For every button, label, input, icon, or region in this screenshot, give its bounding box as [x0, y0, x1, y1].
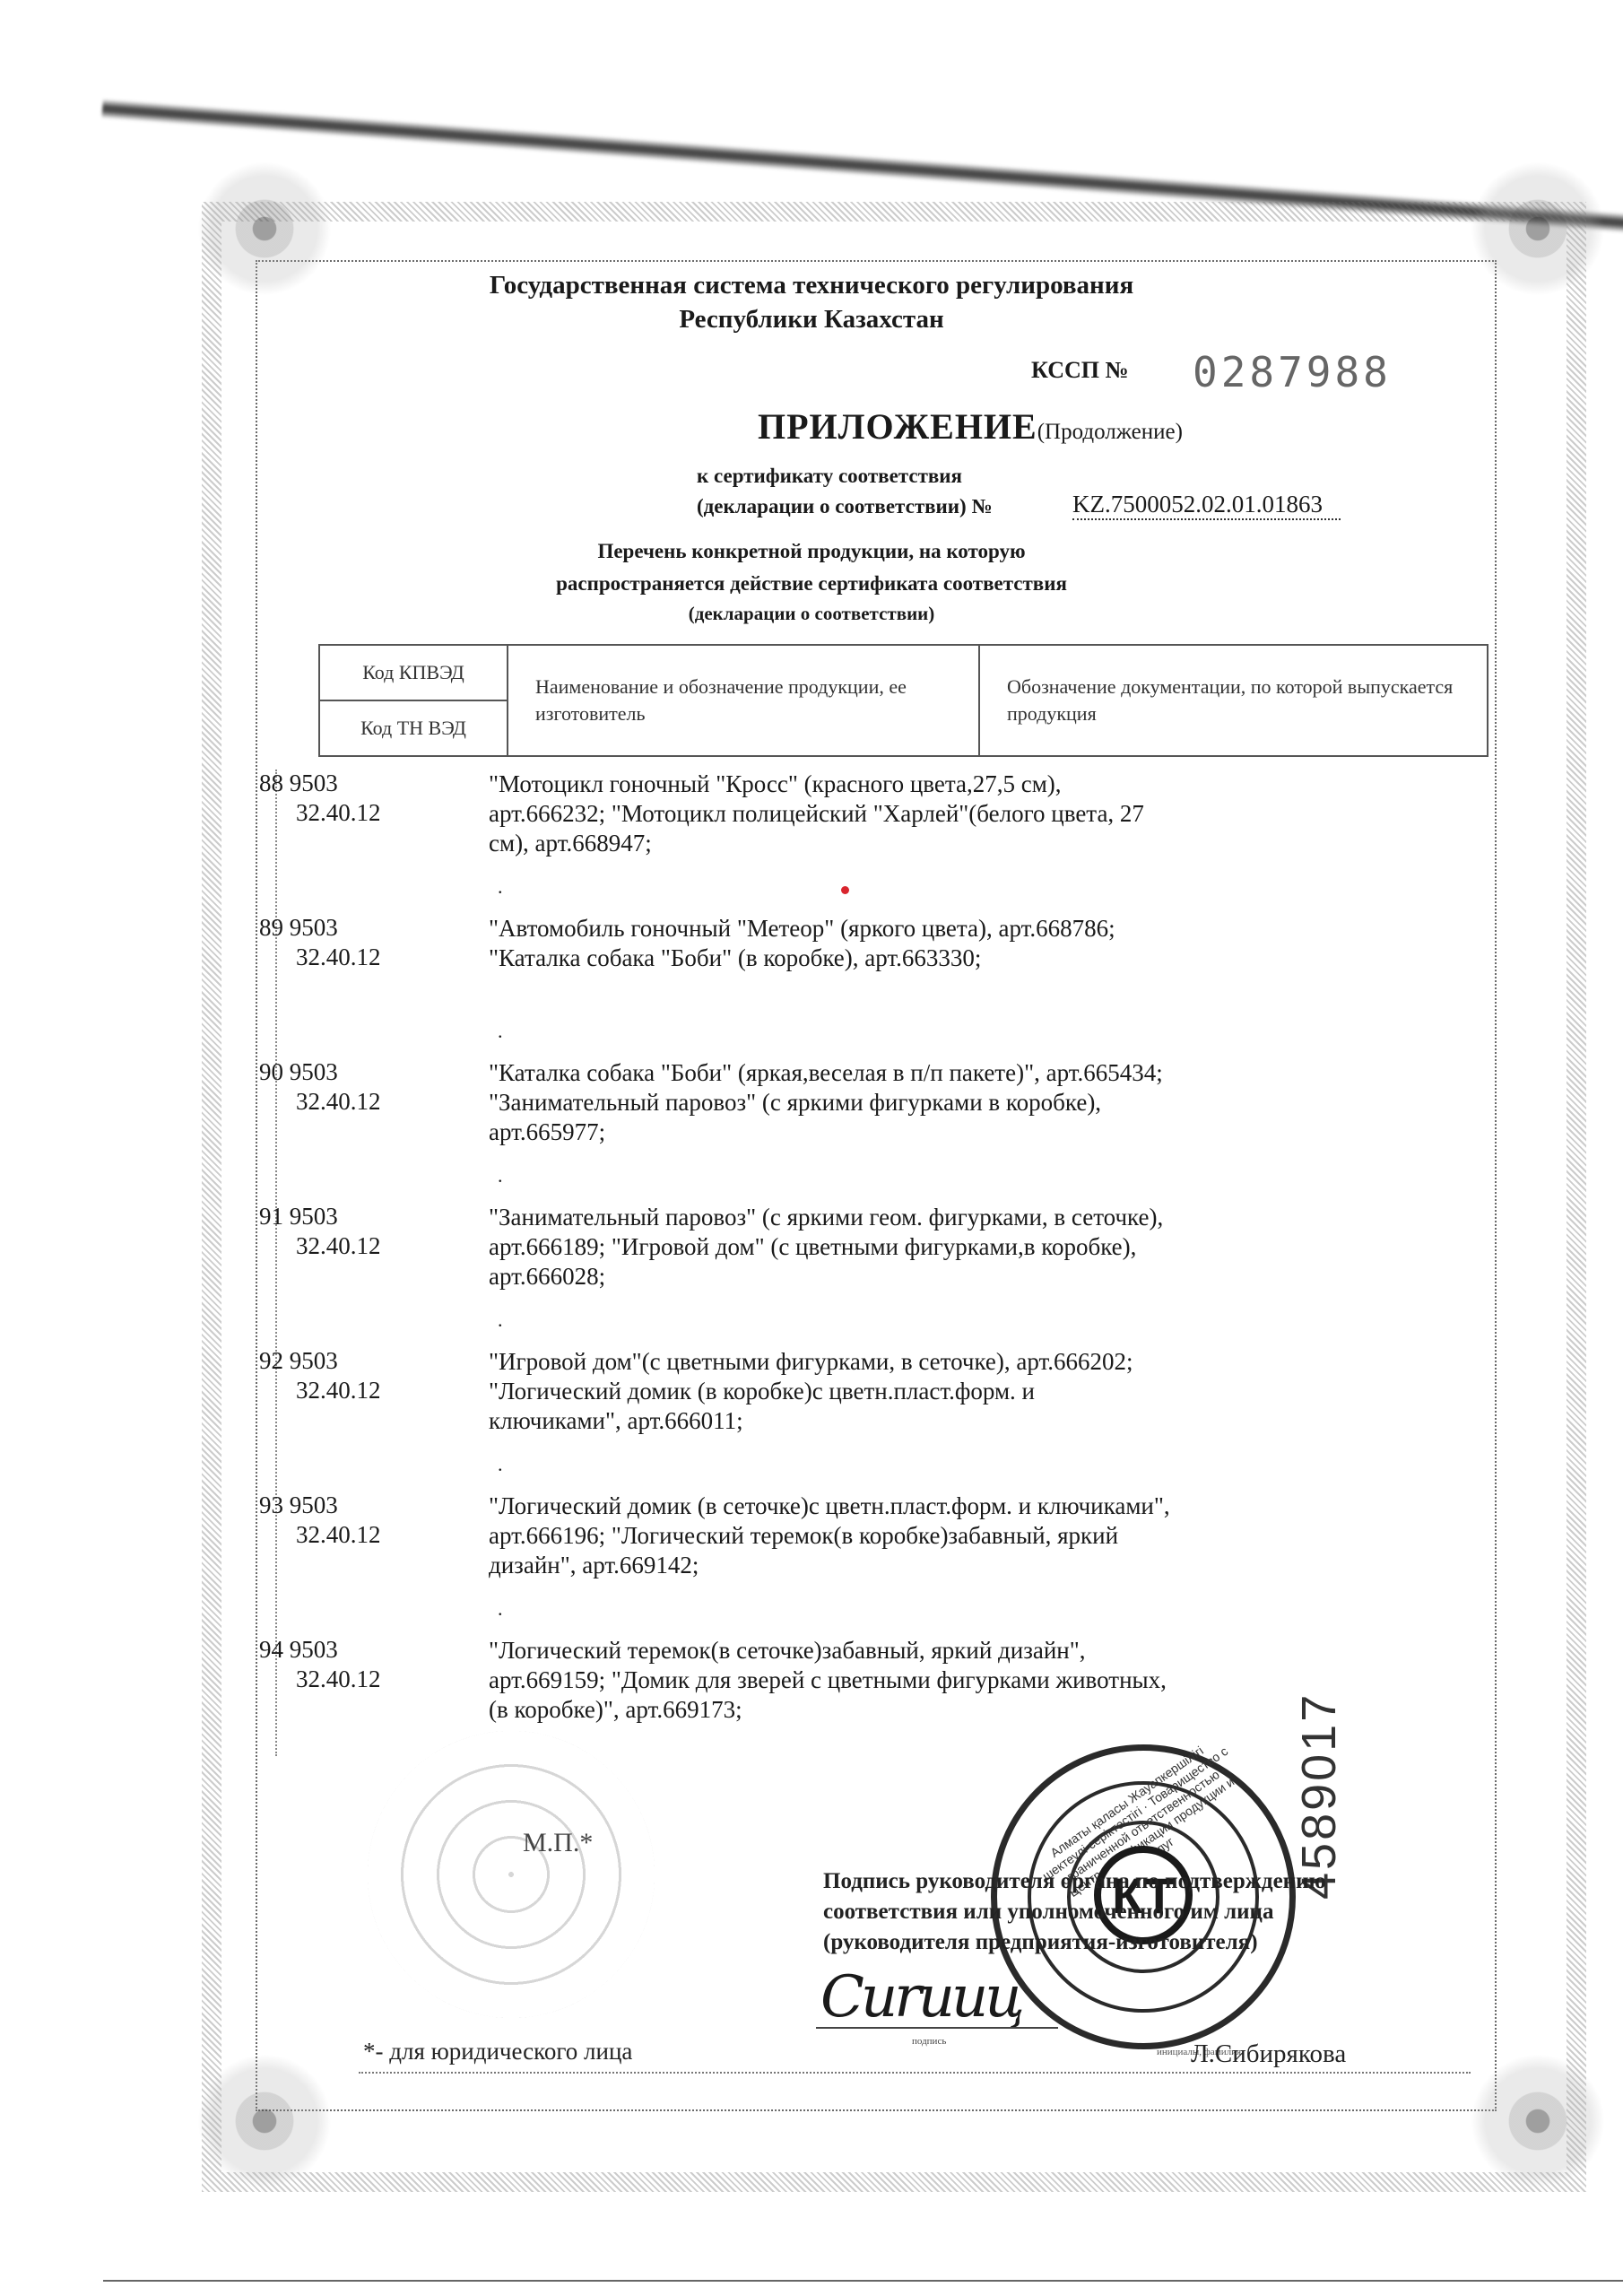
- kssp-label: КССП №: [1031, 357, 1129, 384]
- entry-number: 94 9503: [259, 1636, 338, 1664]
- table-row: 94 950332.40.12"Логический теремок(в сет…: [0, 1636, 1623, 1779]
- certificate-number: KZ.7500052.02.01.01863: [1072, 491, 1341, 520]
- table-row: 90 950332.40.12"Каталка собака "Боби" (я…: [0, 1058, 1623, 1202]
- cert-line-2: (декларации о соответствии) №: [697, 495, 993, 518]
- table-row: 92 950332.40.12"Игровой дом"(с цветными …: [0, 1347, 1623, 1491]
- entry-tn-code: 32.40.12: [296, 1088, 381, 1116]
- separator-dot: .: [498, 875, 503, 899]
- signature-text-1: Подпись руководителя органа по подтвержд…: [823, 1869, 1326, 1894]
- appendix-title: ПРИЛОЖЕНИЕ(Продолжение): [758, 405, 1183, 448]
- entry-number: 89 9503: [259, 914, 338, 942]
- appendix-subtitle: (Продолжение): [1037, 420, 1183, 444]
- separator-dot: .: [498, 1597, 503, 1621]
- table-row: 88 950332.40.12"Мотоцикл гоночный "Кросс…: [0, 770, 1623, 913]
- red-ink-mark: [841, 886, 849, 894]
- signature-text-3: (руководителя предприятия-изготовителя): [823, 1930, 1258, 1955]
- entry-tn-code: 32.40.12: [296, 1232, 381, 1260]
- list-heading-3: (декларации о соответствии): [0, 603, 1623, 625]
- signature-line: [816, 2027, 1058, 2029]
- corner-ornament: [197, 2054, 332, 2188]
- separator-dot: .: [498, 1164, 503, 1187]
- handwritten-signature: Сиrииц: [820, 1964, 1021, 2031]
- scan-edge-line: [103, 2280, 1623, 2282]
- bottom-dotted-line: [359, 2072, 1471, 2074]
- entry-description: "Каталка собака "Боби" (яркая,веселая в …: [489, 1058, 1170, 1147]
- entry-tn-code: 32.40.12: [296, 1521, 381, 1549]
- signature-text-2: соответствия или уполномоченного им лица: [823, 1900, 1273, 1925]
- header-product-name: Наименование и обозначение продукции, ее…: [508, 645, 979, 756]
- kssp-number: 0287988: [1193, 348, 1392, 396]
- entry-description: "Автомобиль гоночный "Метеор" (яркого цв…: [489, 914, 1170, 973]
- entry-number: 90 9503: [259, 1058, 338, 1086]
- signature-caption: подпись: [912, 2036, 946, 2047]
- table-row: 93 950332.40.12"Логический домик (в сето…: [0, 1492, 1623, 1635]
- header-kpved: Код КПВЭД: [319, 645, 508, 700]
- separator-dot: .: [498, 1309, 503, 1332]
- header-tn-ved: Код ТН ВЭД: [319, 700, 508, 756]
- entry-number: 88 9503: [259, 770, 338, 797]
- header-line-2: Республики Казахстан: [0, 305, 1623, 335]
- entry-tn-code: 32.40.12: [296, 799, 381, 827]
- header-documentation: Обозначение документации, по которой вып…: [979, 645, 1488, 756]
- footnote: *- для юридического лица: [363, 2038, 632, 2066]
- entry-tn-code: 32.40.12: [296, 944, 381, 971]
- entry-description: "Логический теремок(в сеточке)забавный, …: [489, 1636, 1170, 1725]
- entry-description: "Мотоцикл гоночный "Кросс" (красного цве…: [489, 770, 1170, 858]
- entry-description: "Игровой дом"(с цветными фигурками, в се…: [489, 1347, 1170, 1436]
- entry-description: "Логический домик (в сеточке)с цветн.пла…: [489, 1492, 1170, 1580]
- header-line-1: Государственная система технического рег…: [0, 271, 1623, 300]
- separator-dot: .: [498, 1453, 503, 1476]
- corner-ornament: [1471, 2054, 1605, 2188]
- entry-tn-code: 32.40.12: [296, 1665, 381, 1693]
- entry-description: "Занимательный паровоз" (с яркими геом. …: [489, 1203, 1170, 1291]
- cert-line-1: к сертификату соответствия: [697, 465, 962, 488]
- separator-dot: .: [498, 1020, 503, 1043]
- entry-number: 91 9503: [259, 1203, 338, 1231]
- appendix-title-text: ПРИЛОЖЕНИЕ: [758, 406, 1037, 447]
- stamp-place-label: М.П.*: [523, 1828, 593, 1858]
- list-heading-1: Перечень конкретной продукции, на котору…: [0, 540, 1623, 563]
- signatory-name: Л.Сибирякова: [1191, 2039, 1346, 2069]
- entry-number: 92 9503: [259, 1347, 338, 1375]
- entry-number: 93 9503: [259, 1492, 338, 1519]
- table-row: 89 950332.40.12"Автомобиль гоночный "Мет…: [0, 914, 1623, 1057]
- products-table-header: Код КПВЭД Наименование и обозначение про…: [318, 644, 1488, 757]
- list-heading-2: распространяется действие сертификата со…: [0, 572, 1623, 596]
- faint-seal: [368, 1731, 655, 2018]
- entry-tn-code: 32.40.12: [296, 1377, 381, 1405]
- table-row: 91 950332.40.12"Занимательный паровоз" (…: [0, 1203, 1623, 1346]
